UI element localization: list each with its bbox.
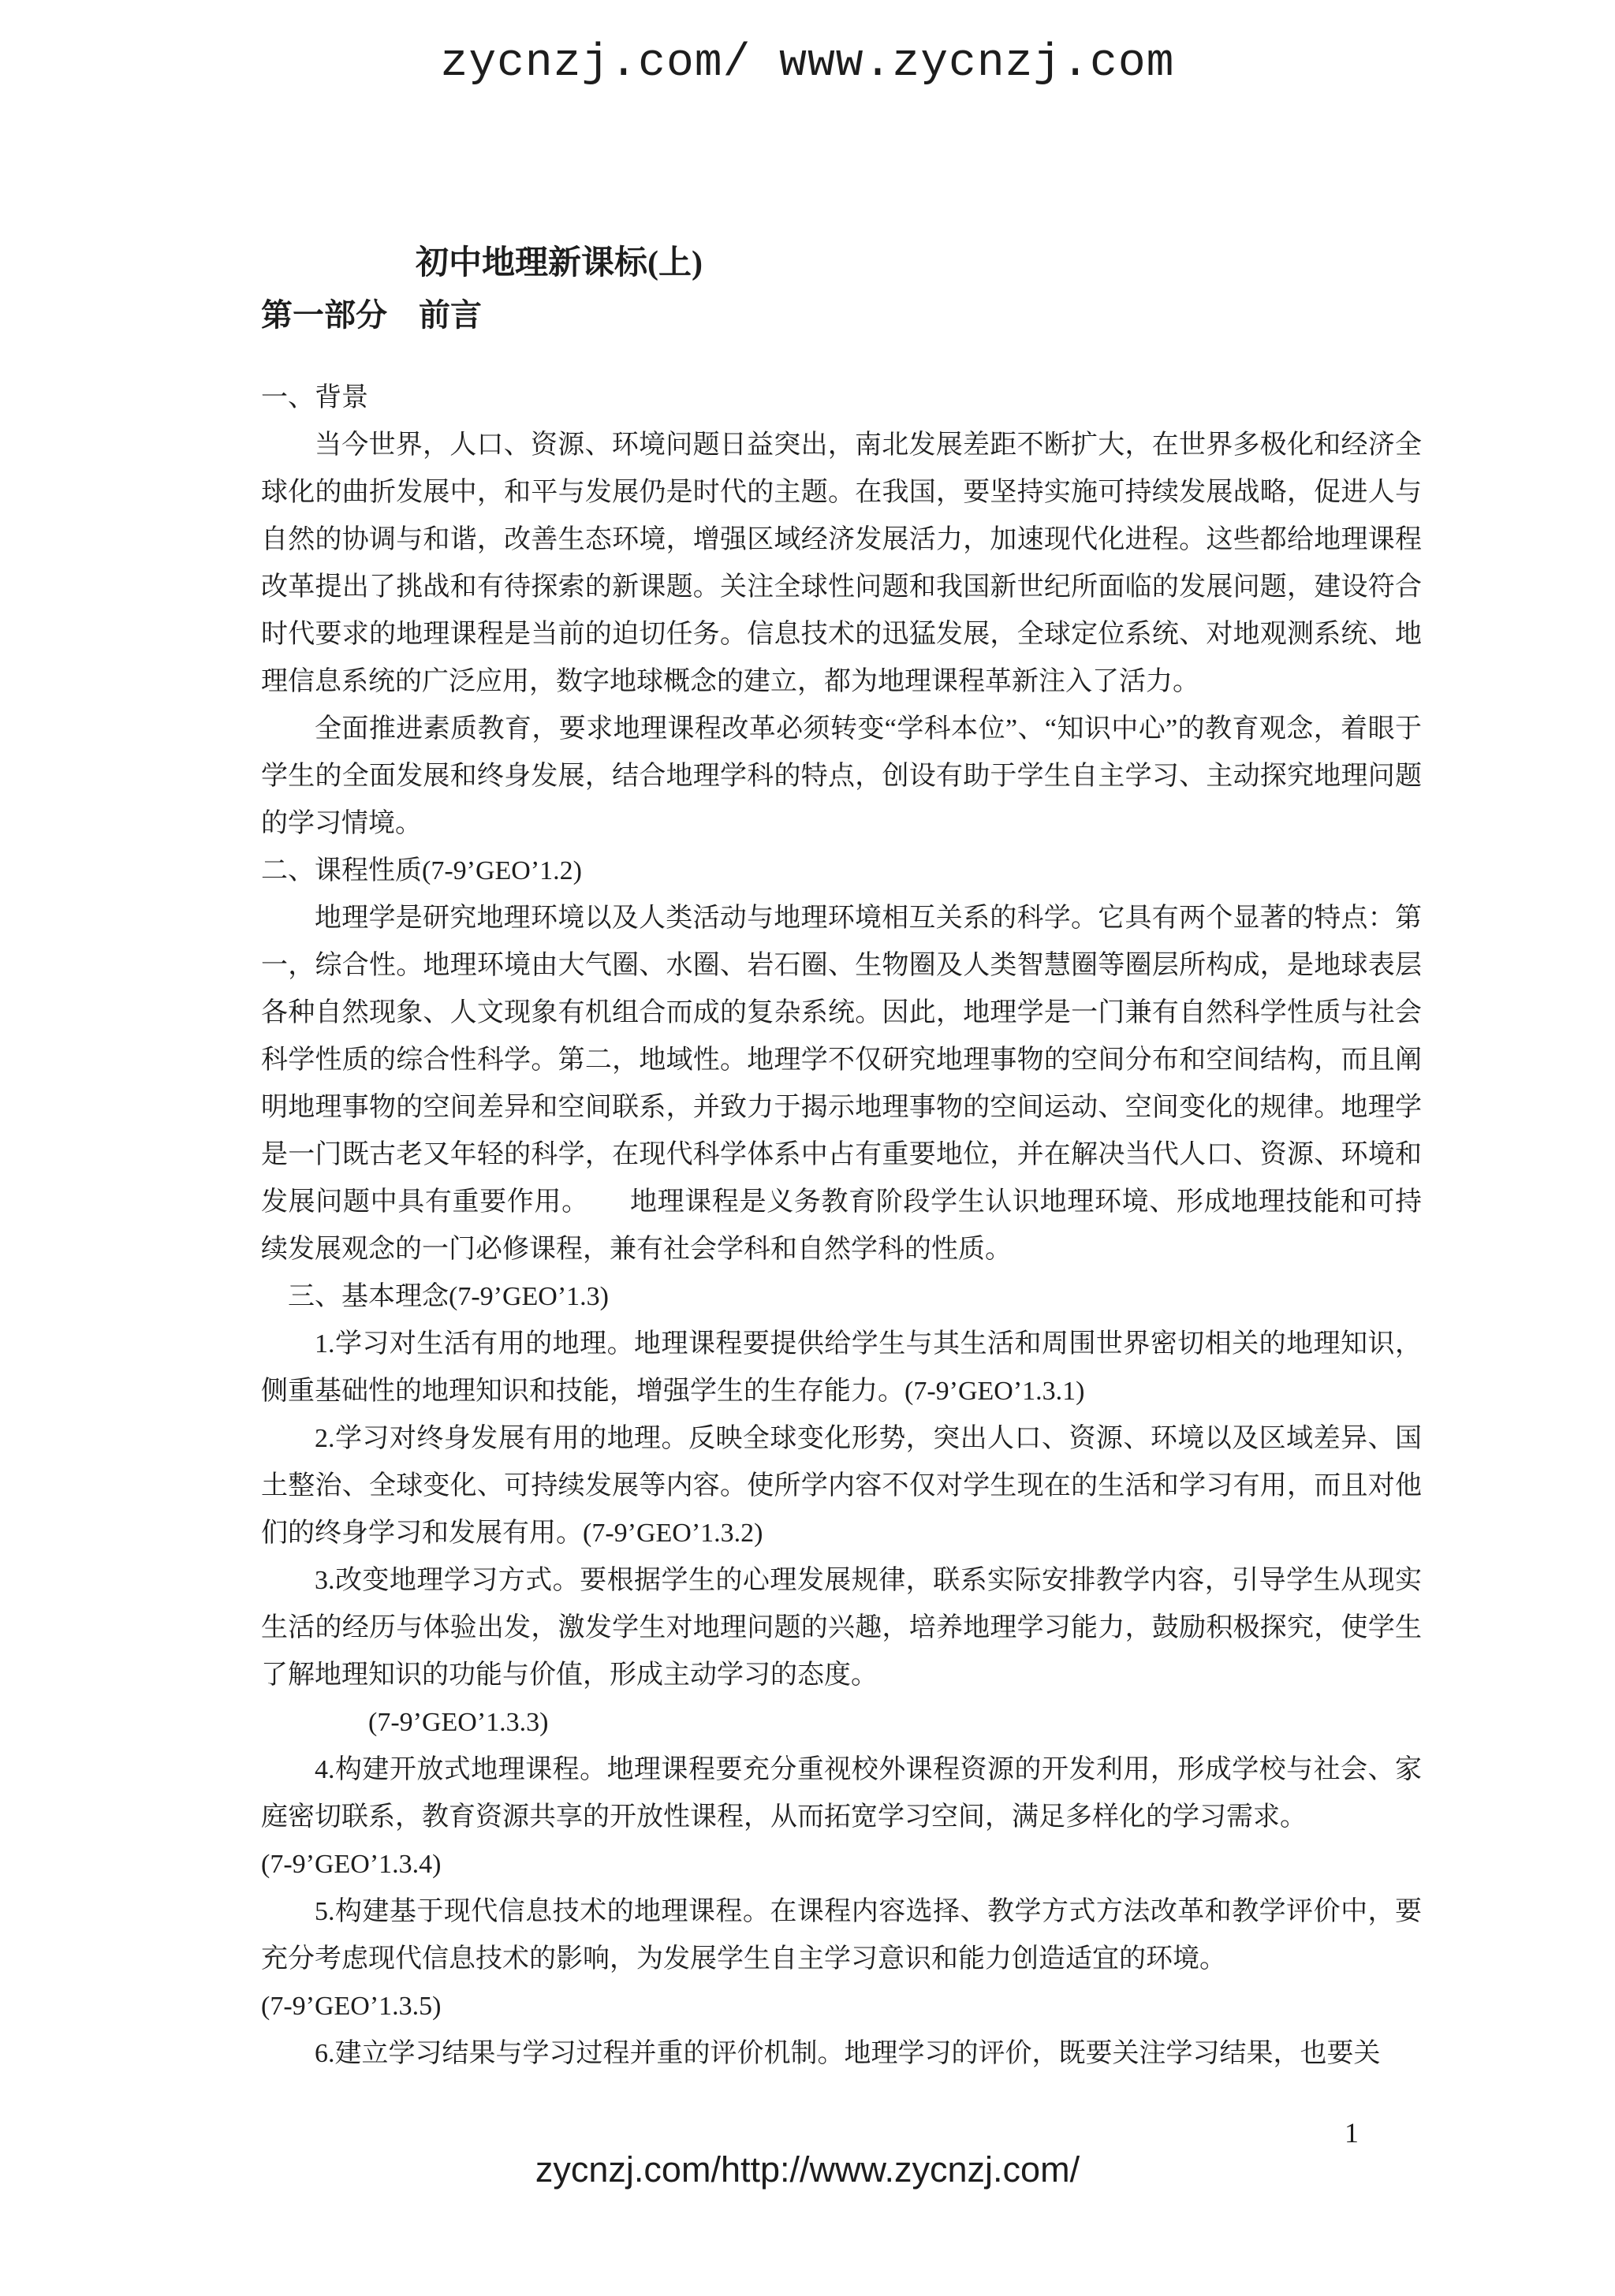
body-paragraph: 5.构建基于现代信息技术的地理课程。在课程内容选择、教学方式方法改革和教学评价中… [261, 1888, 1422, 1983]
body-paragraph: 2.学习对终身发展有用的地理。反映全球变化形势，突出人口、资源、环境以及区域差异… [261, 1415, 1422, 1557]
ref-code-line: (7-9’GEO’1.3.5) [261, 1983, 1422, 2030]
footer-url-text: zycnzj.com/http://www.zycnzj.com/ [0, 2149, 1615, 2190]
part-heading: 第一部分 前言 [261, 290, 482, 335]
body-paragraph: 6.建立学习结果与学习过程并重的评价机制。地理学习的评价，既要关注学习结果，也要… [261, 2030, 1422, 2078]
body-paragraph: 全面推进素质教育，要求地理课程改革必须转变“学科本位”、“知识中心”的教育观念，… [261, 706, 1422, 848]
document-body: 一、背景 当今世界，人口、资源、环境问题日益突出，南北发展差距不断扩大，在世界多… [261, 375, 1422, 2078]
section-heading-basic-ideas: 三、基本理念(7-9’GEO’1.3) [261, 1273, 1422, 1321]
section-heading-background: 一、背景 [261, 375, 1422, 422]
page-title: 初中地理新课标(上) [416, 237, 703, 284]
body-paragraph: 4.构建开放式地理课程。地理课程要充分重视校外课程资源的开发利用，形成学校与社会… [261, 1746, 1422, 1841]
header-url-text: zycnzj.com/ www.zycnzj.com [0, 38, 1615, 89]
body-paragraph: 当今世界，人口、资源、环境问题日益突出，南北发展差距不断扩大，在世界多极化和经济… [261, 422, 1422, 706]
ref-code-line: (7-9’GEO’1.3.4) [261, 1841, 1422, 1888]
body-paragraph: 地理学是研究地理环境以及人类活动与地理环境相互关系的科学。它具有两个显著的特点：… [261, 895, 1422, 1273]
page-number: 1 [1345, 2116, 1359, 2149]
ref-code-line: (7-9’GEO’1.3.3) [261, 1699, 1422, 1746]
body-paragraph: 3.改变地理学习方式。要根据学生的心理发展规律，联系实际安排教学内容，引导学生从… [261, 1557, 1422, 1699]
section-heading-course-nature: 二、课程性质(7-9’GEO’1.2) [261, 848, 1422, 895]
body-paragraph: 1.学习对生活有用的地理。地理课程要提供给学生与其生活和周围世界密切相关的地理知… [261, 1321, 1422, 1415]
